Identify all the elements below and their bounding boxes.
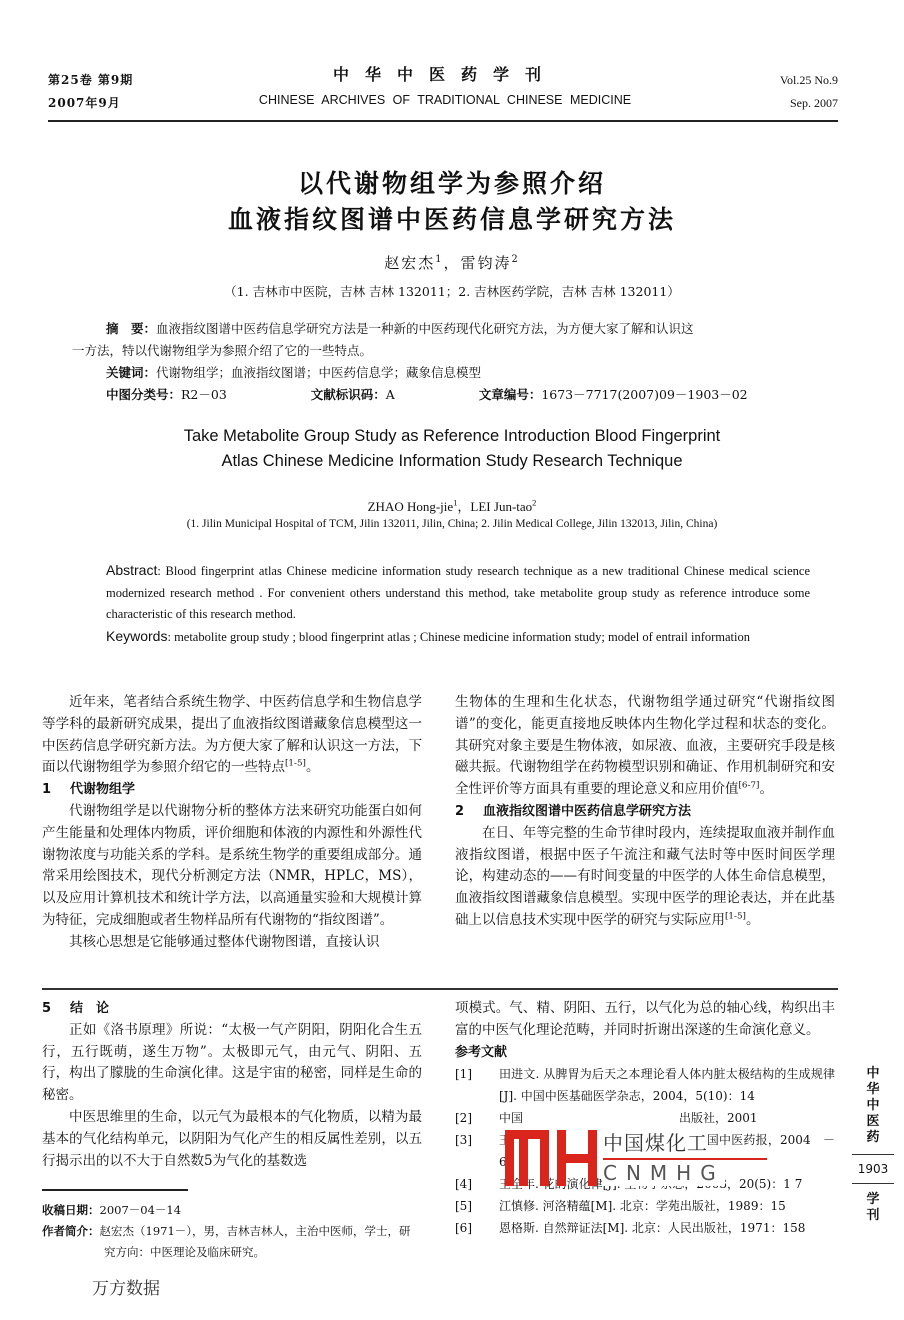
reference-number: [6] [455, 1217, 499, 1239]
intro-text: 近年来，笔者结合系统生物学、中医药信息学和生物信息学等学科的最新研究成果，提出了… [42, 694, 422, 775]
reference-number: [4] [455, 1173, 499, 1195]
author-2-affil-mark: 2 [512, 254, 520, 265]
cnmhg-logo-icon [505, 1130, 597, 1186]
author-2-en-affil-mark: 2 [532, 498, 536, 508]
s2-p1-end: 。 [746, 912, 760, 928]
issue-info-en: Vol.25 No.9 Sep. 2007 [780, 69, 838, 115]
article-no-label: 文章编号： [479, 387, 542, 402]
abstract-cn-label: 摘 要： [106, 321, 156, 336]
s2-p1-text: 在日、年等完整的生命节律时段内，连续提取血液并制作血液指纹图谱，根据中医子午流注… [455, 825, 835, 928]
s1-p2-cont-text: 生物体的生理和生化状态，代谢物组学通过研究“代谢指纹图谱”的变化，能更直接地反映… [455, 694, 835, 797]
clc-value: R2－03 [181, 387, 227, 402]
reference-text: 田进文. 从脾胃为后天之本理论看人体内脏太极结构的生成规律[J]. 中国中医基础… [499, 1063, 835, 1107]
keywords-cn-text: 代谢物组学；血液指纹图谱；中医药信息学；藏象信息模型 [156, 365, 481, 380]
reference-item: [2]中国 出版社，2001 [455, 1107, 835, 1129]
bio-line-1: 赵宏杰（1971－），男，吉林吉林人，主治中医师，学士，研 [100, 1224, 411, 1238]
section-1-paragraph-2: 其核心思想是它能够通过整体代谢物图谱，直接认识 [42, 932, 422, 954]
side-tab-journal: 中华中医药 [866, 1066, 880, 1146]
page-break-divider [42, 988, 838, 990]
article-number: 文章编号：1673－7717(2007)09－1903－02 [479, 387, 788, 402]
section-1-number: 1 [42, 779, 70, 801]
date-cn: 2007年9月 [48, 92, 133, 115]
volume-en: Vol.25 No.9 [780, 69, 838, 92]
reference-item: [1]田进文. 从脾胃为后天之本理论看人体内脏太极结构的生成规律[J]. 中国中… [455, 1063, 835, 1107]
section-1-title: 代谢物组学 [70, 782, 135, 797]
doc-code-value: A [386, 387, 395, 402]
side-tab: 中华中医药 1903 学刊 [858, 1066, 888, 1224]
intro-end: 。 [306, 759, 320, 775]
keywords-en-para: Keywords: metabolite group study ; blood… [72, 626, 810, 649]
title-en-line-2: Atlas Chinese Medicine Information Study… [100, 449, 804, 474]
body-column-left-top: 近年来，笔者结合系统生物学、中医药信息学和生物信息学等学科的最新研究成果，提出了… [42, 692, 422, 954]
section-1-paragraph-2-cont: 生物体的生理和生化状态，代谢物组学通过研究“代谢指纹图谱”的变化，能更直接地反映… [455, 692, 835, 801]
body-column-right-top: 生物体的生理和生化状态，代谢物组学通过研究“代谢指纹图谱”的变化，能更直接地反映… [455, 692, 835, 932]
section-5-paragraph-2-cont: 项模式。气、精、阴阳、五行，以气化为总的轴心线，构织出丰富的中医气化理论范畴，并… [455, 998, 835, 1042]
article-title-cn: 以代谢物组学为参照介绍 血液指纹图谱中医药信息学研究方法 [100, 166, 804, 238]
received-value: 2007－04－14 [100, 1203, 182, 1217]
reference-item: [5]江慎修. 河洛精蕴[M]. 北京：学苑出版社，1989：15 [455, 1195, 835, 1217]
citation: [1-5] [725, 911, 746, 921]
journal-name-en: CHINESE ARCHIVES OF TRADITIONAL CHINESE … [230, 90, 660, 110]
footnote-divider [42, 1189, 188, 1191]
clc-label: 中图分类号： [106, 387, 181, 402]
author-1: 赵宏杰 [384, 254, 435, 272]
reference-number: [3] [455, 1129, 499, 1173]
affiliation-en: (1. Jilin Municipal Hospital of TCM, Jil… [80, 518, 824, 530]
journal-name-cn: 中华中医药学刊 [230, 64, 660, 86]
section-2-title: 血液指纹图谱中医药信息学研究方法 [483, 804, 691, 819]
author-2-en: LEI Jun-tao [470, 499, 532, 514]
section-5-paragraph-1: 正如《洛书原理》所说：“太极一气产阴阳，阴阳化合生五行，五行既萌，遂生万物”。太… [42, 1020, 422, 1107]
section-5-title: 结 论 [70, 1001, 109, 1016]
keywords-en-label: Keywords [106, 628, 167, 644]
reference-number: [1] [455, 1063, 499, 1107]
journal-masthead: 中华中医药学刊 CHINESE ARCHIVES OF TRADITIONAL … [230, 64, 660, 110]
title-line-2: 血液指纹图谱中医药信息学研究方法 [100, 202, 804, 238]
authors-cn: 赵宏杰1，雷钧涛2 [100, 252, 804, 273]
body-column-right-bottom: 项模式。气、精、阴阳、五行，以气化为总的轴心线，构织出丰富的中医气化理论范畴，并… [455, 998, 835, 1239]
abstract-cn-text-1: 血液指纹图谱中医药信息学研究方法是一种新的中医药现代化研究方法，为方便大家了解和… [156, 321, 694, 336]
header-divider [48, 120, 838, 122]
authors-en: ZHAO Hong-jie1，LEI Jun-tao2 [100, 496, 804, 515]
reference-item: [6]恩格斯. 自然辩证法[M]. 北京：人民出版社，1971：158 [455, 1217, 835, 1239]
abstract-en: Abstract: Blood fingerprint atlas Chines… [72, 560, 810, 648]
bio-label: 作者简介： [42, 1224, 100, 1238]
title-line-1: 以代谢物组学为参照介绍 [100, 166, 804, 202]
section-1-heading: 1代谢物组学 [42, 779, 422, 801]
doc-code: 文献标识码：A [311, 387, 435, 402]
article-no-value: 1673－7717(2007)09－1903－02 [541, 387, 747, 402]
section-5-heading: 5结 论 [42, 998, 422, 1020]
keywords-cn-label: 关键词： [106, 365, 156, 380]
citation: [6-7] [739, 781, 760, 791]
received-label: 收稿日期： [42, 1203, 100, 1217]
doc-code-label: 文献标识码： [311, 387, 386, 402]
reference-text: 江慎修. 河洛精蕴[M]. 北京：学苑出版社，1989：15 [499, 1195, 835, 1217]
abstract-en-text: : Blood fingerprint atlas Chinese medici… [106, 564, 810, 621]
reference-text: 恩格斯. 自然辩证法[M]. 北京：人民出版社，1971：158 [499, 1217, 835, 1239]
abstract-cn-line1: 摘 要：血液指纹图谱中医药信息学研究方法是一种新的中医药现代化研究方法，为方便大… [72, 318, 842, 340]
section-1-paragraph-1: 代谢物组学是以代谢物分析的整体方法来研究功能蛋白如何产生能量和处理体内物质，评价… [42, 801, 422, 932]
section-5-number: 5 [42, 998, 70, 1020]
reference-number: [5] [455, 1195, 499, 1217]
body-column-left-bottom: 5结 论 正如《洛书原理》所说：“太极一气产阴阳，阴阳化合生五行，五行既萌，遂生… [42, 998, 422, 1172]
source-watermark: 万方数据 [92, 1274, 160, 1299]
abstract-cn-line2: 一方法，特以代谢物组学为参照介绍了它的一些特点。 [72, 340, 842, 362]
page-number: 1903 [852, 1154, 894, 1184]
author-bio-cont: 究方向：中医理论及临床研究。 [42, 1242, 422, 1263]
section-5-paragraph-2: 中医思维里的生命，以元气为最根本的气化物质，以精为最基本的气化结构单元，以阴阳为… [42, 1107, 422, 1172]
intro-paragraph: 近年来，笔者结合系统生物学、中医药信息学和生物信息学等学科的最新研究成果，提出了… [42, 692, 422, 779]
author-2: 雷钧涛 [461, 254, 512, 272]
keywords-cn: 关键词：代谢物组学；血液指纹图谱；中医药信息学；藏象信息模型 [72, 362, 842, 384]
author-separator: ， [443, 254, 460, 272]
date-en: Sep. 2007 [780, 92, 838, 115]
reference-text: 中国 出版社，2001 [499, 1107, 835, 1129]
author-bio: 作者简介：赵宏杰（1971－），男，吉林吉林人，主治中医师，学士，研 [42, 1221, 422, 1242]
received-date: 收稿日期：2007－04－14 [42, 1200, 422, 1221]
abstract-en-para: Abstract: Blood fingerprint atlas Chines… [72, 560, 810, 626]
section-2-heading: 2血液指纹图谱中医药信息学研究方法 [455, 801, 835, 823]
section-2-paragraph-1: 在日、年等完整的生命节律时段内，连续提取血液并制作血液指纹图谱，根据中医子午流注… [455, 823, 835, 932]
classification-row: 中图分类号：R2－03 文献标识码：A 文章编号：1673－7717(2007)… [72, 384, 842, 406]
reference-number: [2] [455, 1107, 499, 1129]
watermark-text-cn: 中国煤化工 [603, 1130, 708, 1156]
title-en-line-1: Take Metabolite Group Study as Reference… [100, 424, 804, 449]
volume-cn: 第25卷 第9期 [48, 69, 133, 92]
keywords-en-text: : metabolite group study ; blood fingerp… [167, 630, 750, 644]
issue-info-cn: 第25卷 第9期 2007年9月 [48, 69, 133, 115]
abstract-en-label: Abstract [106, 562, 157, 578]
author-1-en: ZHAO Hong-jie [368, 499, 454, 514]
footnote: 收稿日期：2007－04－14 作者简介：赵宏杰（1971－），男，吉林吉林人，… [42, 1200, 422, 1263]
side-tab-journal-suffix: 学刊 [866, 1192, 880, 1224]
watermark-text-en: CNMHG [603, 1160, 725, 1186]
affiliation-cn: （1. 吉林市中医院，吉林 吉林 132011；2. 吉林医药学院，吉林 吉林 … [80, 282, 824, 300]
citation: [1-5] [285, 759, 306, 769]
references-heading: 参考文献 [455, 1042, 835, 1064]
section-2-number: 2 [455, 801, 483, 823]
clc-number: 中图分类号：R2－03 [106, 387, 267, 402]
author-en-separator: ， [457, 499, 470, 514]
abstract-cn: 摘 要：血液指纹图谱中医药信息学研究方法是一种新的中医药现代化研究方法，为方便大… [72, 318, 842, 406]
watermark-logo: 中国煤化工 CNMHG [505, 1130, 775, 1186]
s1-p2-end: 。 [759, 781, 773, 797]
article-title-en: Take Metabolite Group Study as Reference… [100, 424, 804, 474]
